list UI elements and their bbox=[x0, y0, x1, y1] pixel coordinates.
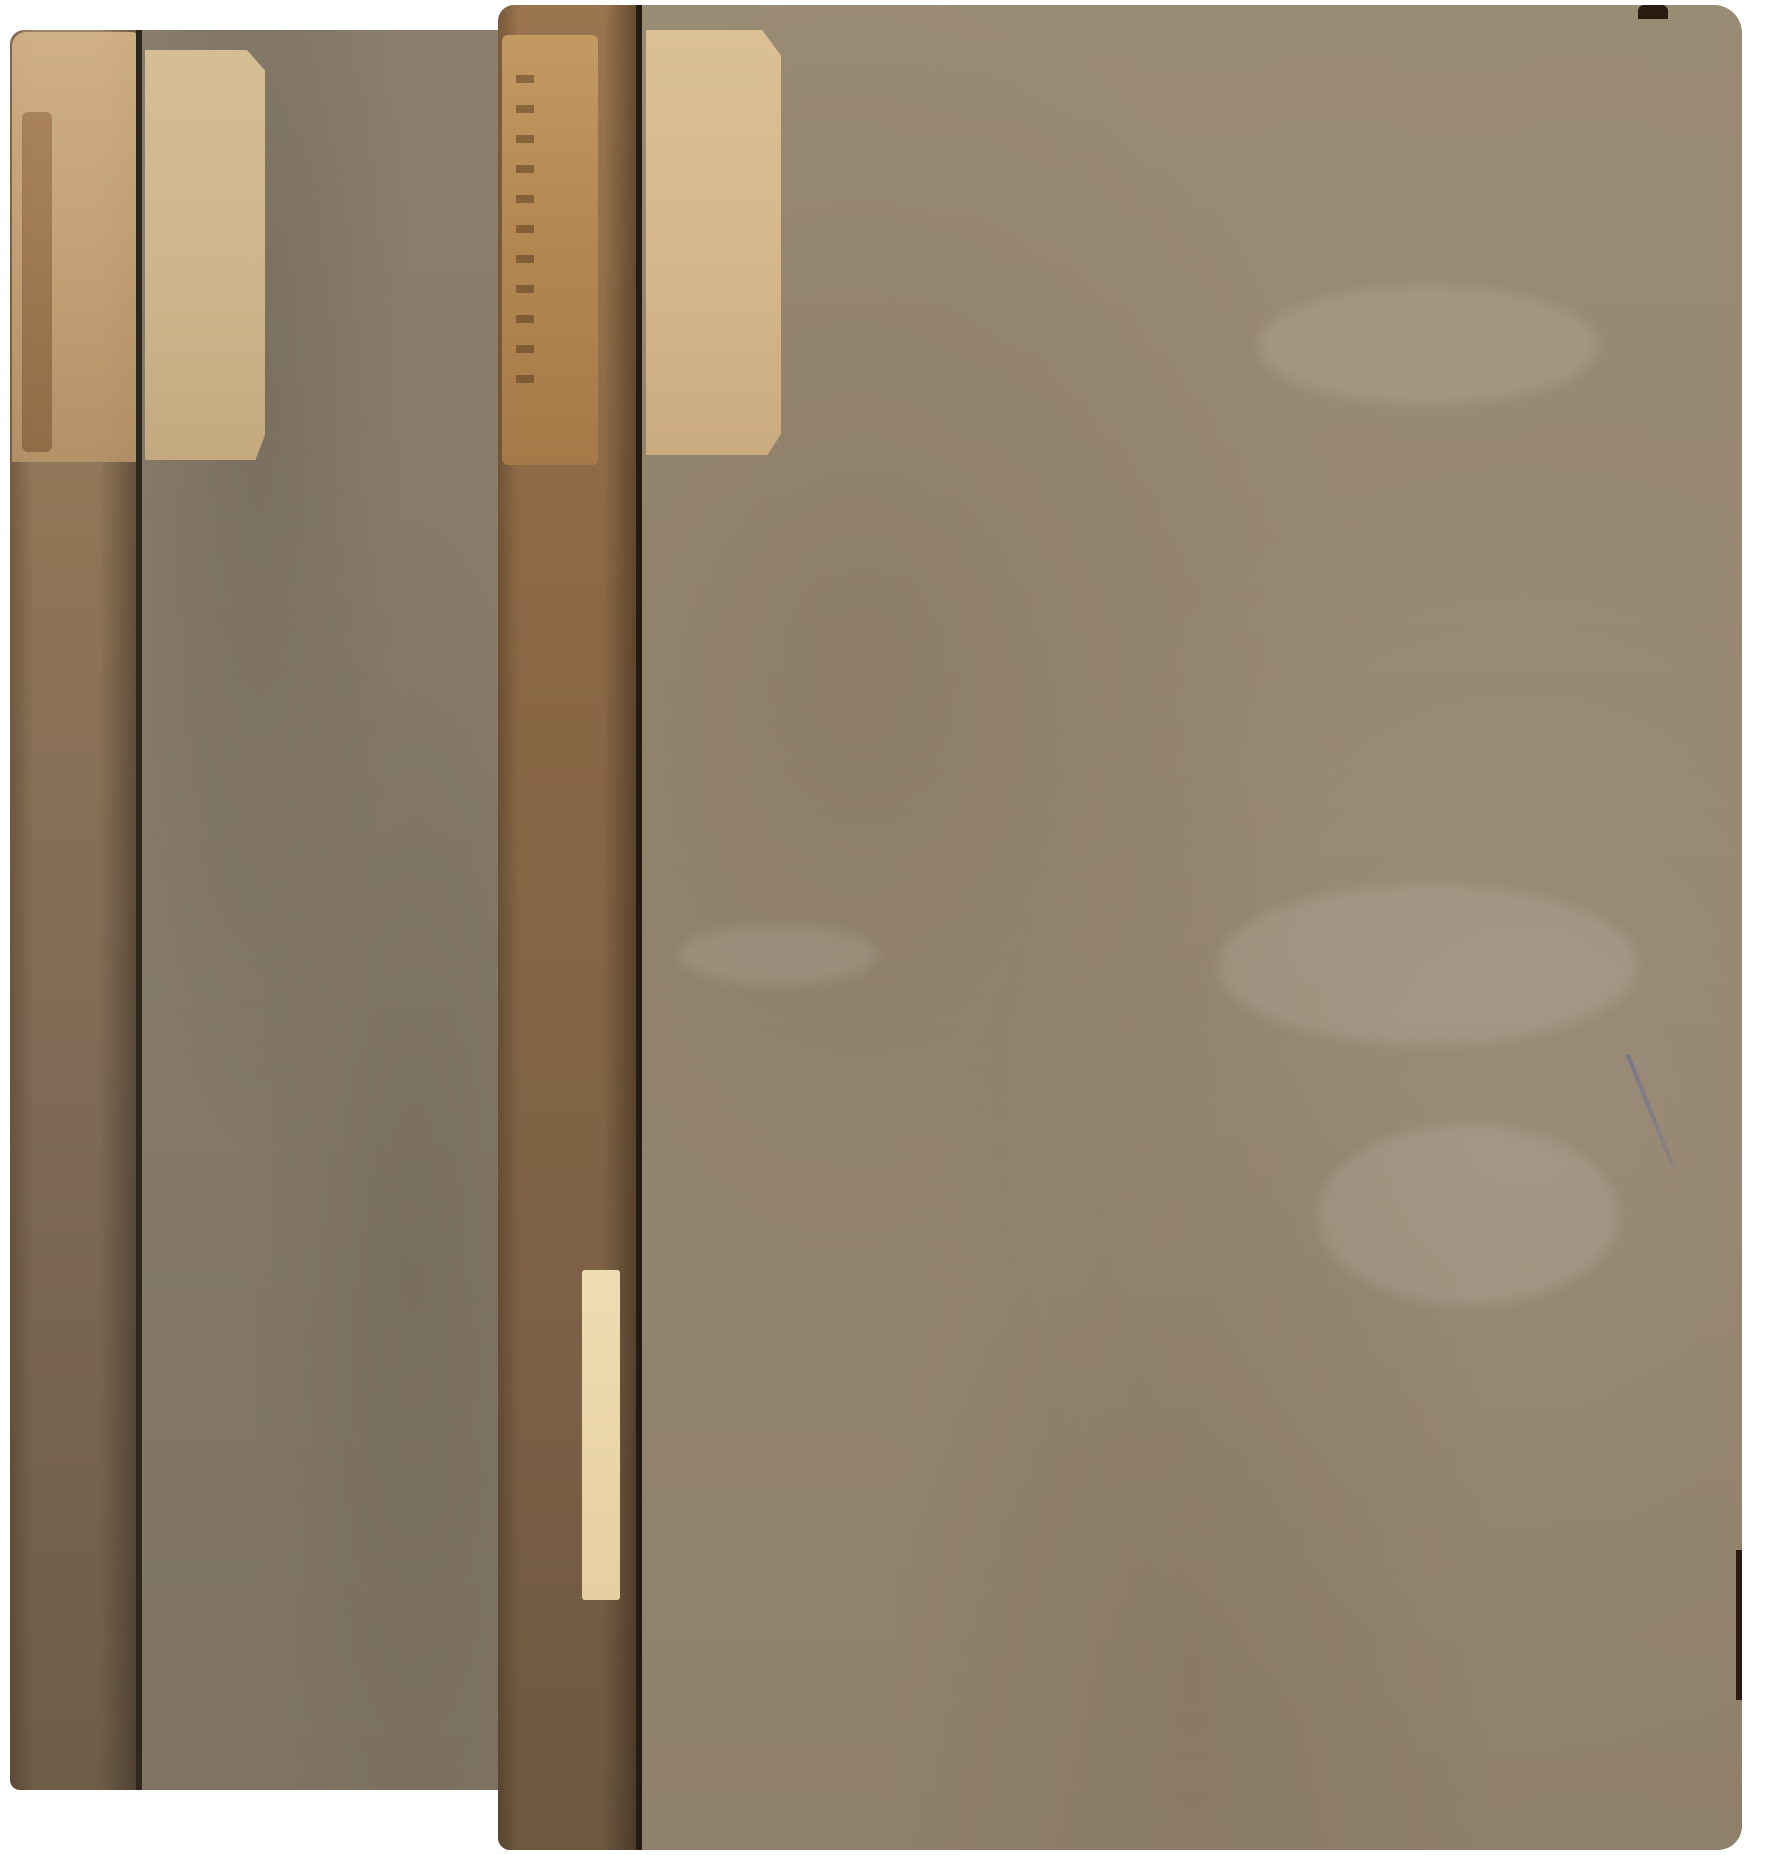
scuff-mark bbox=[1258, 285, 1598, 405]
back-book-hinge bbox=[136, 30, 142, 1790]
front-book bbox=[498, 5, 1742, 1850]
scuff-mark bbox=[678, 925, 878, 985]
front-book-hinge bbox=[636, 5, 642, 1850]
back-book-spine-label bbox=[12, 32, 138, 462]
back-book-cover-label bbox=[145, 50, 265, 460]
page-edge-tab bbox=[1638, 5, 1668, 19]
scuff-mark bbox=[1318, 1125, 1618, 1305]
front-book-cover-label bbox=[646, 30, 781, 455]
page-edge-tab bbox=[1736, 1550, 1742, 1700]
back-book bbox=[10, 30, 530, 1790]
scuff-mark bbox=[1218, 885, 1638, 1045]
front-book-spine-label bbox=[502, 35, 598, 465]
front-book-spine-worn-patch bbox=[582, 1270, 620, 1600]
book-photograph bbox=[0, 0, 1774, 1855]
